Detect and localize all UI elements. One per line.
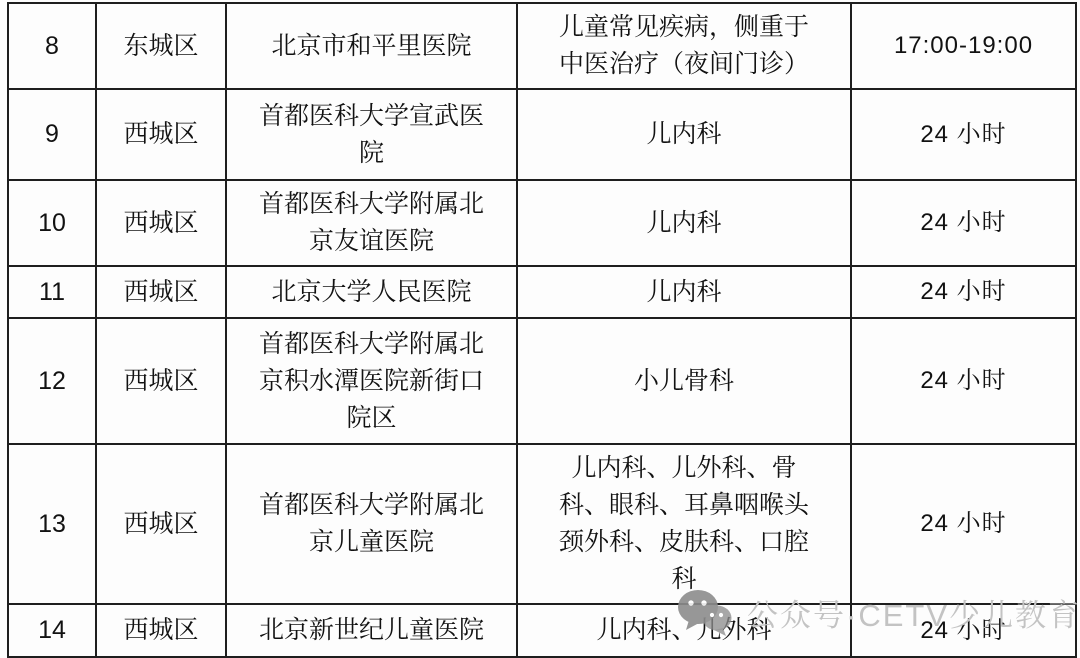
cell-district: 东城区 [96,3,226,89]
cell-row-number: 8 [8,3,96,89]
hospital-table: 8 东城区 北京市和平里医院 儿童常见疾病，侧重于中医治疗（夜间门诊） 17:0… [7,2,1077,658]
cell-hours: 24 小时 [851,444,1076,604]
cell-hospital: 北京市和平里医院 [226,3,517,89]
cell-row-number: 13 [8,444,96,604]
cell-hospital: 首都医科大学宣武医院 [226,89,517,180]
cell-district: 西城区 [96,604,226,657]
cell-department: 儿内科、儿外科、骨科、眼科、耳鼻咽喉头颈外科、皮肤科、口腔科 [517,444,851,604]
cell-hospital: 首都医科大学附属北京积水潭医院新街口院区 [226,318,517,444]
cell-district: 西城区 [96,266,226,318]
cell-hours: 24 小时 [851,604,1076,657]
table-row: 8 东城区 北京市和平里医院 儿童常见疾病，侧重于中医治疗（夜间门诊） 17:0… [8,3,1076,89]
cell-district: 西城区 [96,180,226,266]
table-row: 12 西城区 首都医科大学附属北京积水潭医院新街口院区 小儿骨科 24 小时 [8,318,1076,444]
cell-department: 儿内科 [517,266,851,318]
cell-hours: 17:00-19:00 [851,3,1076,89]
cell-department: 小儿骨科 [517,318,851,444]
cell-hours: 24 小时 [851,266,1076,318]
table-row: 13 西城区 首都医科大学附属北京儿童医院 儿内科、儿外科、骨科、眼科、耳鼻咽喉… [8,444,1076,604]
cell-row-number: 10 [8,180,96,266]
cell-hospital: 北京大学人民医院 [226,266,517,318]
cell-row-number: 14 [8,604,96,657]
table-row: 14 西城区 北京新世纪儿童医院 儿内科、儿外科 24 小时 [8,604,1076,657]
table-row: 11 西城区 北京大学人民医院 儿内科 24 小时 [8,266,1076,318]
cell-row-number: 9 [8,89,96,180]
cell-row-number: 12 [8,318,96,444]
table-row: 10 西城区 首都医科大学附属北京友谊医院 儿内科 24 小时 [8,180,1076,266]
cell-district: 西城区 [96,89,226,180]
cell-hospital: 北京新世纪儿童医院 [226,604,517,657]
cell-department: 儿内科、儿外科 [517,604,851,657]
cell-hours: 24 小时 [851,180,1076,266]
cell-department: 儿内科 [517,89,851,180]
table-row: 9 西城区 首都医科大学宣武医院 儿内科 24 小时 [8,89,1076,180]
cell-department: 儿童常见疾病，侧重于中医治疗（夜间门诊） [517,3,851,89]
cell-hospital: 首都医科大学附属北京儿童医院 [226,444,517,604]
cell-district: 西城区 [96,444,226,604]
cell-hours: 24 小时 [851,318,1076,444]
cell-department: 儿内科 [517,180,851,266]
cell-district: 西城区 [96,318,226,444]
cell-hospital: 首都医科大学附属北京友谊医院 [226,180,517,266]
cell-row-number: 11 [8,266,96,318]
cell-hours: 24 小时 [851,89,1076,180]
